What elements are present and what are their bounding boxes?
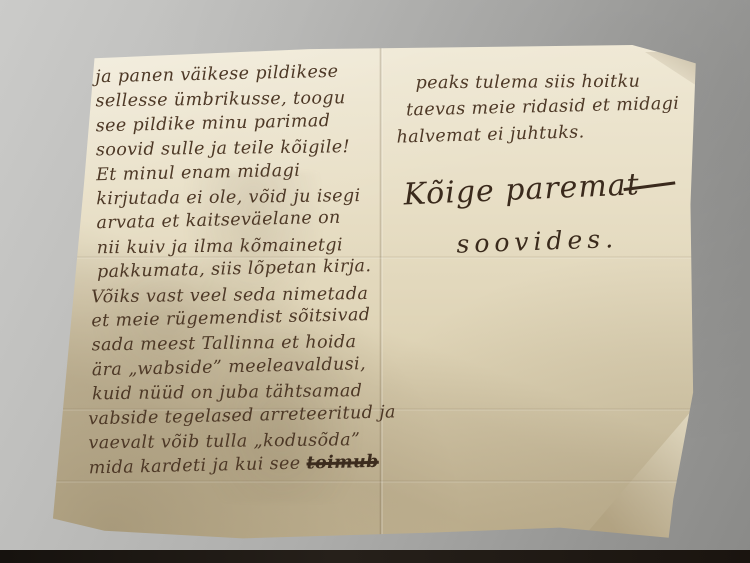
signature-line: soovides. bbox=[456, 221, 699, 258]
signature-line: Kõige paremat bbox=[403, 165, 698, 213]
horizontal-crease bbox=[45, 480, 705, 483]
letter-line: ja panen väikese pildikese bbox=[95, 59, 395, 90]
letter-line: arvata et kaitseväelane on bbox=[96, 205, 396, 236]
photo-background: ja panen väikese pildikese sellesse ümbr… bbox=[0, 0, 750, 563]
letter-paper: ja panen väikese pildikese sellesse ümbr… bbox=[45, 42, 705, 550]
bottom-right-flap bbox=[579, 402, 699, 542]
letter-left-page: ja panen väikese pildikese sellesse ümbr… bbox=[95, 63, 399, 481]
letter-line: pakkumata, siis lõpetan kirja. bbox=[97, 254, 397, 285]
crossed-out-word: toimub bbox=[306, 451, 379, 473]
dark-table-edge bbox=[0, 550, 750, 563]
letter-line-text: mida kardeti ja kui see bbox=[88, 453, 300, 478]
signature-text: Kõige paremat bbox=[403, 167, 641, 212]
signature-block: Kõige paremat soovides. bbox=[397, 172, 698, 257]
letter-right-page: peaks tulema siis hoitku taevas meie rid… bbox=[395, 65, 698, 257]
